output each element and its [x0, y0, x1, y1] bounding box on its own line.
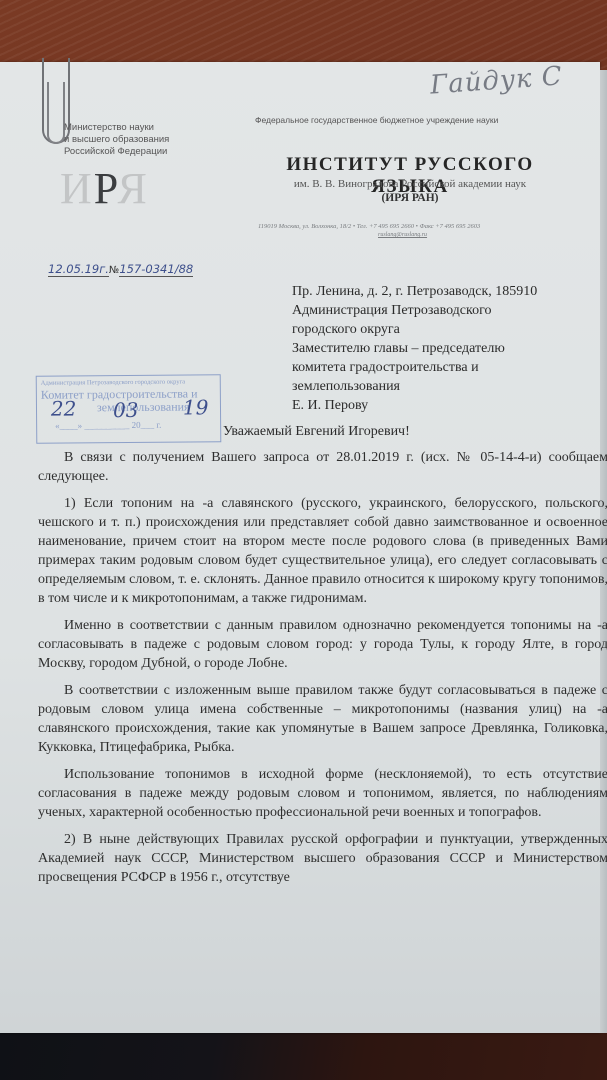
irya-logo: ИРЯ	[60, 165, 149, 213]
paragraph: Использование топонимов в исходной форме…	[38, 765, 607, 822]
paragraph: Именно в соответствии с данным правилом …	[38, 616, 607, 673]
number-sign: №	[109, 265, 119, 276]
stamp-month: 03	[113, 398, 139, 422]
letter-body: В связи с получением Вашего запроса от 2…	[38, 448, 607, 895]
institute-abbreviation: (ИРЯ РАН)	[255, 192, 565, 204]
ministry-name: Министерство науки и высшего образования…	[64, 122, 169, 158]
stamp-line: «____» __________ 20___ г.	[55, 420, 161, 431]
stamp-year: 19	[183, 395, 209, 419]
paragraph: 2) В ныне действующих Правилах русской о…	[38, 830, 607, 887]
paragraph: В соответствии с изложенным выше правило…	[38, 681, 607, 757]
recipient-line: Пр. Ленина, д. 2, г. Петрозаводск, 18591…	[292, 282, 537, 301]
dark-table-edge	[0, 1033, 607, 1080]
stamp-line: землепользования	[97, 399, 190, 415]
recipient-line: Заместителю главы – председателю	[292, 339, 537, 358]
recipient-line: землепользования	[292, 377, 537, 396]
stamp-line: Администрация Петрозаводского городского…	[41, 379, 185, 387]
logo-letter: Р	[94, 164, 118, 213]
recipient-line: Администрация Петрозаводского	[292, 301, 537, 320]
ministry-line: Российской Федерации	[64, 146, 169, 158]
institute-email: ruslang@ruslang.ru	[378, 232, 427, 238]
ministry-line: Министерство науки	[64, 122, 169, 134]
logo-letter: И	[60, 164, 94, 213]
paragraph: 1) Если топоним на -а славянского (русск…	[38, 494, 607, 608]
paragraph: В связи с получением Вашего запроса от 2…	[38, 448, 607, 486]
greeting: Уважаемый Евгений Игоревич!	[223, 424, 410, 440]
recipient-line: Е. И. Перову	[292, 396, 537, 415]
outgoing-date: 12.05.19г.	[48, 262, 109, 277]
stamp-day: 22	[51, 396, 77, 420]
ministry-line: и высшего образования	[64, 134, 169, 146]
recipient-line: комитета градостроительства и	[292, 358, 537, 377]
wooden-table-background	[0, 0, 607, 70]
outgoing-reference: 12.05.19г.№157-0341/88	[48, 262, 193, 276]
recipient-block: Пр. Ленина, д. 2, г. Петрозаводск, 18591…	[292, 282, 537, 415]
institute-address: 119019 Москва, ул. Волхонка, 18/2 • Тел.…	[258, 223, 480, 230]
institute-subtitle: им. В. В. Виноградова Российской академи…	[255, 178, 565, 190]
logo-letter: Я	[117, 164, 148, 213]
recipient-line: городского округа	[292, 320, 537, 339]
outgoing-number: 157-0341/88	[119, 262, 193, 277]
incoming-registration-stamp: Администрация Петрозаводского городского…	[36, 374, 222, 444]
paperclip-inner-loop	[47, 82, 65, 144]
federal-institution-line: Федеральное государственное бюджетное уч…	[255, 115, 498, 125]
